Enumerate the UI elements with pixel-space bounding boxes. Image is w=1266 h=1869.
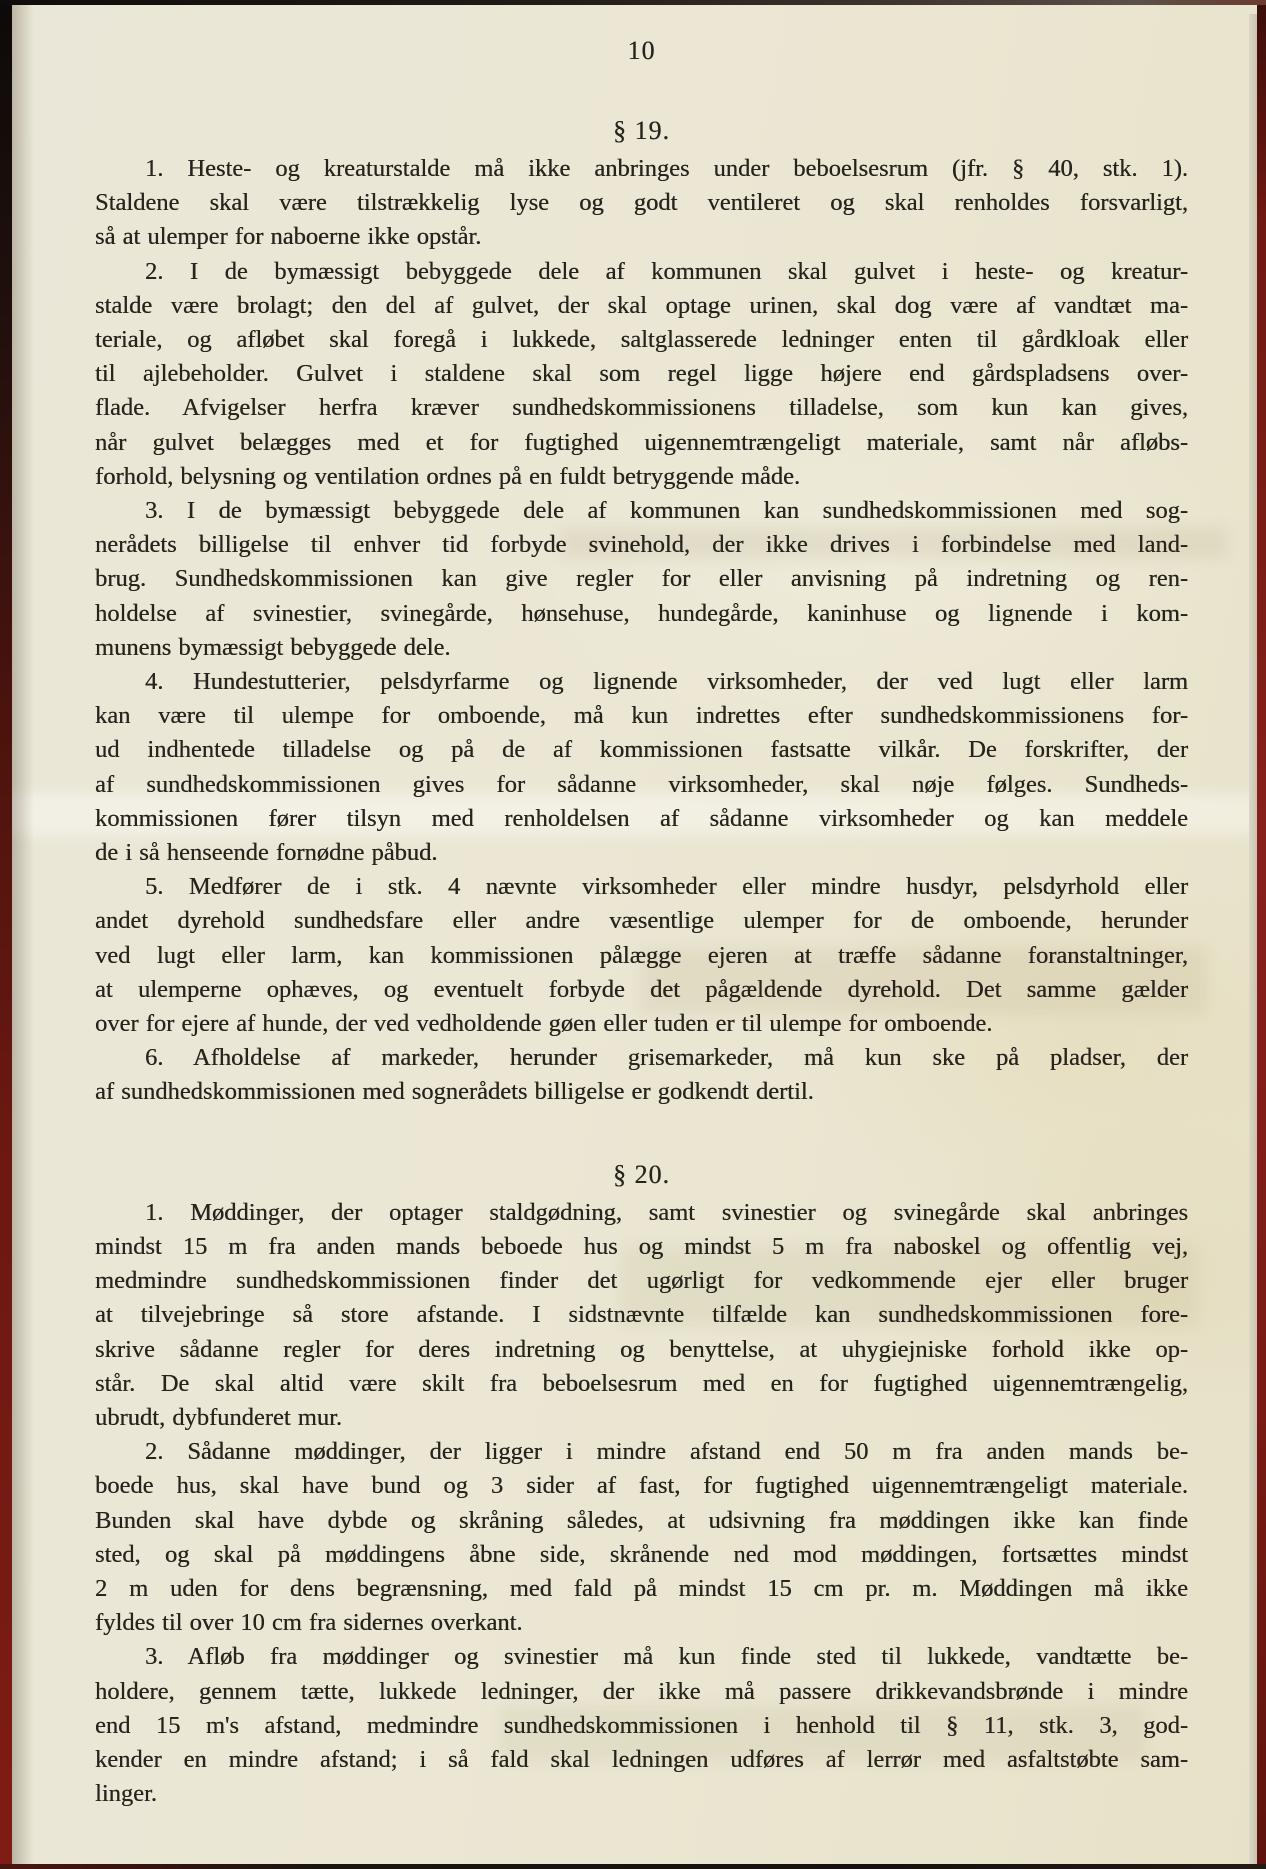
text-line: de i så henseende fornødne påbud.	[95, 836, 1188, 870]
text-line: til ajlebeholder. Gulvet i staldene skal…	[95, 357, 1188, 391]
section-heading: § 19.	[95, 114, 1188, 148]
text-line: ud indhentede tilladelse og på de af kom…	[95, 733, 1188, 767]
text-line: skrive sådanne regler for deres indretni…	[95, 1333, 1188, 1367]
text-line: 5. Medfører de i stk. 4 nævnte virksomhe…	[95, 870, 1188, 904]
paragraph: 2. I de bymæssigt bebyggede dele af komm…	[95, 255, 1188, 494]
sections: § 19.1. Heste- og kreaturstalde må ikke …	[95, 114, 1188, 1811]
text-line: så at ulemper for naboerne ikke opstår.	[95, 220, 1188, 254]
text-line: kender en mindre afstand; i så fald skal…	[95, 1743, 1188, 1777]
paper-gutter-shadow	[12, 0, 34, 1869]
text-line: kommissionen fører tilsyn med renholdels…	[95, 802, 1188, 836]
text-line: forhold, belysning og ventilation ordnes…	[95, 460, 1188, 494]
section: § 19.1. Heste- og kreaturstalde må ikke …	[95, 114, 1188, 1110]
paragraph: 5. Medfører de i stk. 4 nævnte virksomhe…	[95, 870, 1188, 1041]
text-line: andet dyrehold sundhedsfare eller andre …	[95, 904, 1188, 938]
scan-edge-bottom	[0, 1864, 1266, 1869]
text-line: brug. Sundhedskommissionen kan give regl…	[95, 562, 1188, 596]
paragraph: 1. Heste- og kreaturstalde må ikke anbri…	[95, 152, 1188, 255]
binding-edge-left	[0, 0, 12, 1869]
text-line: står. De skal altid være skilt fra beboe…	[95, 1367, 1188, 1401]
text-line: kan være til ulempe for omboende, må kun…	[95, 699, 1188, 733]
text-line: teriale, og afløbet skal foregå i lukked…	[95, 323, 1188, 357]
paragraph: 3. Afløb fra møddinger og svinestier må …	[95, 1640, 1188, 1811]
text-line: ved lugt eller larm, kan kommissionen på…	[95, 939, 1188, 973]
text-line: over for ejere af hunde, der ved vedhold…	[95, 1007, 1188, 1041]
text-line: 1. Møddinger, der optager staldgødning, …	[95, 1196, 1188, 1230]
text-line: af sundhedskommissionen med sognerådets …	[95, 1075, 1188, 1109]
text-line: boede hus, skal have bund og 3 sider af …	[95, 1469, 1188, 1503]
scanned-document-page: 10 § 19.1. Heste- og kreaturstalde må ik…	[0, 0, 1266, 1869]
paragraph: 2. Sådanne møddinger, der ligger i mindr…	[95, 1435, 1188, 1640]
text-line: 3. Afløb fra møddinger og svinestier må …	[95, 1640, 1188, 1674]
paragraph: 6. Afholdelse af markeder, herunder gris…	[95, 1041, 1188, 1109]
text-line: når gulvet belægges med et for fugtighed…	[95, 426, 1188, 460]
binding-edge-right	[1257, 0, 1266, 1869]
text-line: holdere, gennem tætte, lukkede ledninger…	[95, 1675, 1188, 1709]
paper-edge-right	[1249, 14, 1257, 1869]
text-line: linger.	[95, 1777, 1188, 1811]
text-line: stalde være brolagt; den del af gulvet, …	[95, 289, 1188, 323]
text-line: af sundhedskommissionen gives for sådann…	[95, 768, 1188, 802]
text-line: 1. Heste- og kreaturstalde må ikke anbri…	[95, 152, 1188, 186]
text-line: holdelse af svinestier, svinegårde, høns…	[95, 597, 1188, 631]
page-content: 10 § 19.1. Heste- og kreaturstalde må ik…	[95, 0, 1188, 1811]
paragraph: 4. Hundestutterier, pelsdyrfarme og lign…	[95, 665, 1188, 870]
text-line: munens bymæssigt bebyggede dele.	[95, 631, 1188, 665]
text-line: Bunden skal have dybde og skråning såled…	[95, 1504, 1188, 1538]
paragraph: 3. I de bymæssigt bebyggede dele af komm…	[95, 494, 1188, 665]
text-line: at tilvejebringe så store afstande. I si…	[95, 1298, 1188, 1332]
text-line: 2. Sådanne møddinger, der ligger i mindr…	[95, 1435, 1188, 1469]
text-line: fyldes til over 10 cm fra sidernes overk…	[95, 1606, 1188, 1640]
text-line: 2. I de bymæssigt bebyggede dele af komm…	[95, 255, 1188, 289]
text-line: mindst 15 m fra anden mands beboede hus …	[95, 1230, 1188, 1264]
text-line: 4. Hundestutterier, pelsdyrfarme og lign…	[95, 665, 1188, 699]
paragraph: 1. Møddinger, der optager staldgødning, …	[95, 1196, 1188, 1435]
section: § 20.1. Møddinger, der optager staldgødn…	[95, 1158, 1188, 1812]
text-line: nerådets billigelse til enhver tid forby…	[95, 528, 1188, 562]
text-line: 2 m uden for dens begrænsning, med fald …	[95, 1572, 1188, 1606]
text-line: end 15 m's afstand, medmindre sundhedsko…	[95, 1709, 1188, 1743]
text-line: ubrudt, dybfunderet mur.	[95, 1401, 1188, 1435]
text-line: medmindre sundhedskommissionen finder de…	[95, 1264, 1188, 1298]
section-heading: § 20.	[95, 1158, 1188, 1192]
text-line: flade. Afvigelser herfra kræver sundheds…	[95, 391, 1188, 425]
text-line: 6. Afholdelse af markeder, herunder gris…	[95, 1041, 1188, 1075]
page-number: 10	[95, 36, 1188, 66]
text-line: at ulemperne ophæves, og eventuelt forby…	[95, 973, 1188, 1007]
text-line: Staldene skal være tilstrækkelig lyse og…	[95, 186, 1188, 220]
text-line: sted, og skal på møddingens åbne side, s…	[95, 1538, 1188, 1572]
text-line: 3. I de bymæssigt bebyggede dele af komm…	[95, 494, 1188, 528]
